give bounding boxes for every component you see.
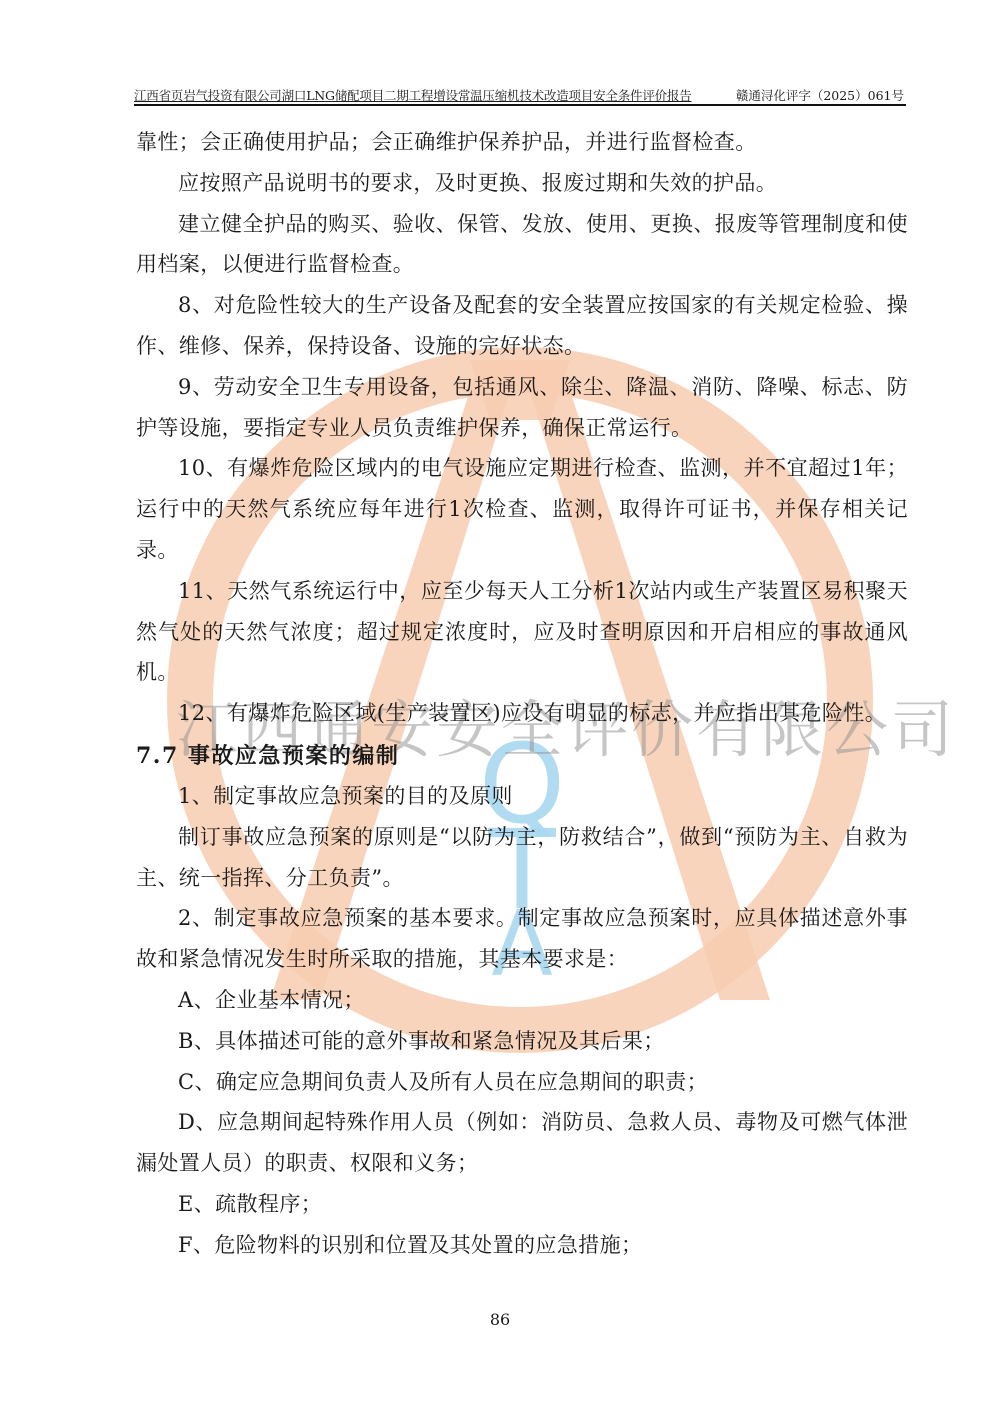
list-item: E、疏散程序；: [136, 1184, 908, 1225]
page-body: 靠性；会正确使用护品；会正确维护保养护品，并进行监督检查。 应按照产品说明书的要…: [136, 122, 908, 1266]
paragraph: 12、有爆炸危险区域(生产装置区)应设有明显的标志，并应指出其危险性。: [136, 693, 908, 734]
section-heading: 7.7 事故应急预案的编制: [136, 736, 908, 776]
paragraph: 8、对危险性较大的生产设备及配套的安全装置应按国家的有关规定检验、操作、维修、保…: [136, 285, 908, 367]
paragraph: 1、制定事故应急预案的目的及原则: [136, 776, 908, 817]
document-number: 赣通浔化评字（2025）061号: [736, 86, 906, 104]
list-item: B、具体描述可能的意外事故和紧急情况及其后果；: [136, 1021, 908, 1062]
paragraph: 靠性；会正确使用护品；会正确维护保养护品，并进行监督检查。: [136, 122, 908, 163]
paragraph: 应按照产品说明书的要求，及时更换、报废过期和失效的护品。: [136, 163, 908, 204]
paragraph: 10、有爆炸危险区域内的电气设施应定期进行检查、监测，并不宜超过1年；运行中的天…: [136, 448, 908, 570]
report-title: 江西省页岩气投资有限公司湖口LNG储配项目二期工程增设常温压缩机技术改造项目安全…: [134, 86, 692, 104]
paragraph: 2、制定事故应急预案的基本要求。制定事故应急预案时，应具体描述意外事故和紧急情况…: [136, 898, 908, 980]
list-item: A、企业基本情况；: [136, 980, 908, 1021]
list-item: F、危险物料的识别和位置及其处置的应急措施；: [136, 1225, 908, 1266]
paragraph: 建立健全护品的购买、验收、保管、发放、使用、更换、报废等管理制度和使用档案，以便…: [136, 204, 908, 286]
page-header: 江西省页岩气投资有限公司湖口LNG储配项目二期工程增设常温压缩机技术改造项目安全…: [134, 86, 906, 106]
paragraph: 9、劳动安全卫生专用设备，包括通风、除尘、降温、消防、降噪、标志、防护等设施，要…: [136, 367, 908, 449]
page-number: 86: [0, 1310, 1000, 1329]
paragraph: 制订事故应急预案的原则是“以防为主，防救结合”，做到“预防为主、自救为主、统一指…: [136, 817, 908, 899]
paragraph: 11、天然气系统运行中，应至少每天人工分析1次站内或生产装置区易积聚天然气处的天…: [136, 571, 908, 693]
list-item: C、确定应急期间负责人及所有人员在应急期间的职责；: [136, 1062, 908, 1103]
list-item: D、应急期间起特殊作用人员（例如：消防员、急救人员、毒物及可燃气体泄漏处置人员）…: [136, 1102, 908, 1184]
